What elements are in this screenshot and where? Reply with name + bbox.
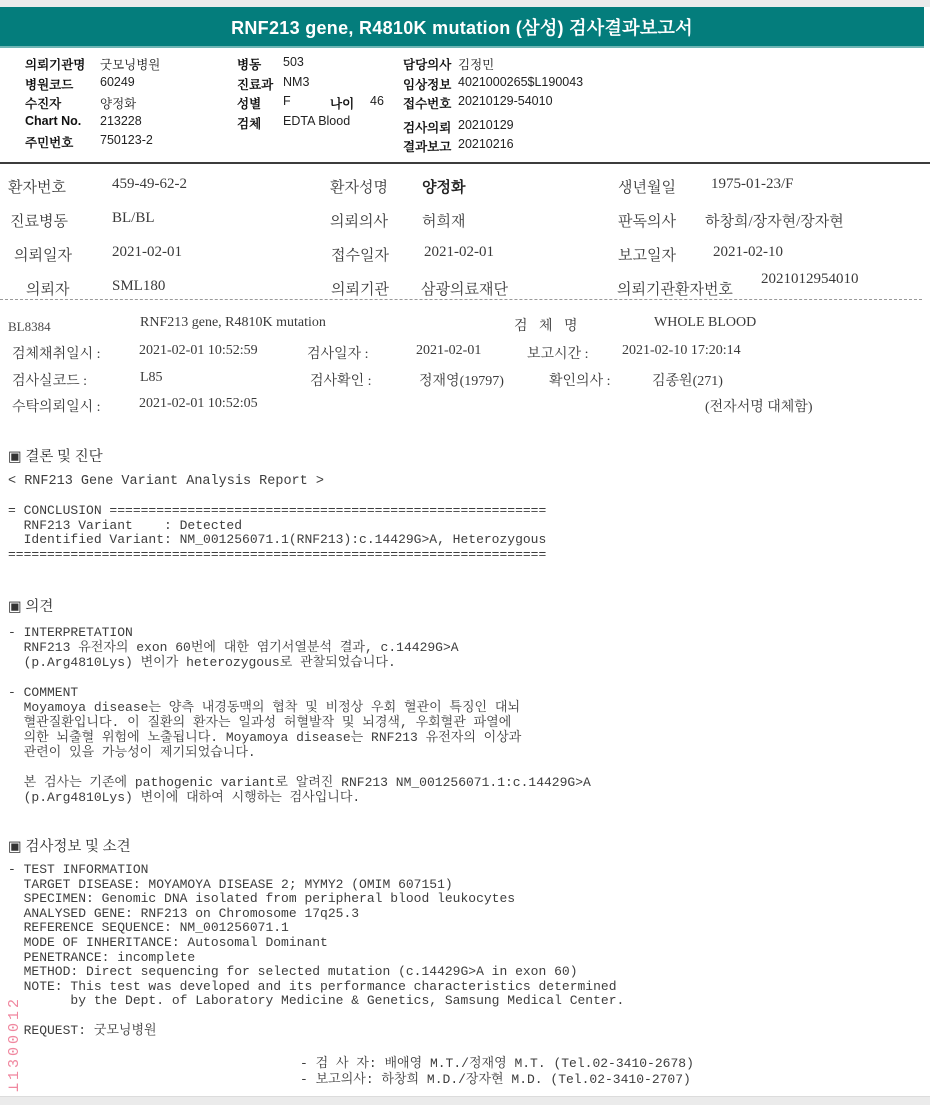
- report-date-value: 2021-02-10: [713, 244, 783, 261]
- result-report-date-label: 결과보고: [403, 137, 451, 155]
- analysis-report-title: < RNF213 Gene Variant Analysis Report >: [8, 474, 324, 489]
- receipt-date-label: 접수일자: [331, 244, 389, 265]
- footer-contacts: - 검 사 자: 배애영 M.T./정재영 M.T. (Tel.02-3410-…: [300, 1056, 694, 1087]
- doctor-in-charge-label: 담당의사: [403, 55, 451, 73]
- esign-note: (전자서명 대체함): [705, 396, 813, 416]
- hospital-code-label: 병원코드: [25, 75, 73, 93]
- request-org2-label: 의뢰기관: [331, 278, 389, 299]
- request-date-label: 의뢰일자: [14, 244, 72, 265]
- patient-name-value: 양정화: [422, 176, 465, 197]
- side-barcode-number: ⊥1300012: [4, 942, 20, 1092]
- requesting-doctor-value: 허희재: [422, 210, 465, 231]
- sex-label: 성별: [237, 94, 261, 112]
- specimen-type-value: WHOLE BLOOD: [654, 315, 756, 331]
- test-request-date-label: 검사의뢰: [403, 118, 451, 136]
- request-time-label: 수탁의뢰일시 :: [12, 396, 101, 416]
- care-ward-label: 진료병동: [10, 210, 68, 231]
- top-scan-strip: [0, 0, 930, 7]
- result-report-date-value: 20210216: [458, 137, 514, 151]
- org-patient-no-label: 의뢰기관환자번호: [617, 278, 733, 299]
- request-date-value: 2021-02-01: [112, 244, 182, 261]
- care-ward-value: BL/BL: [112, 210, 155, 227]
- collected-label: 검체채취일시 :: [12, 343, 101, 363]
- opinion-heading: ▣ 의견: [8, 595, 53, 616]
- requester-value: SML180: [112, 278, 165, 295]
- receipt-no-label: 접수번호: [403, 94, 451, 112]
- clinical-info-value: 4021000265$L190043: [458, 75, 583, 89]
- receipt-date-value: 2021-02-01: [424, 244, 494, 261]
- request-time-value: 2021-02-01 10:52:05: [139, 396, 258, 412]
- patient-info-section: 환자번호 459-49-62-2 환자성명 양정화 생년월일 1975-01-2…: [0, 170, 930, 302]
- chart-no-label: Chart No.: [25, 114, 81, 128]
- sample-code: BL8384: [8, 319, 51, 335]
- requesting-doctor-label: 의뢰의사: [330, 210, 388, 231]
- conclusion-block: = CONCLUSION ===========================…: [8, 504, 546, 562]
- clinical-info-label: 임상정보: [403, 75, 451, 93]
- bottom-scan-strip: [0, 1096, 930, 1105]
- test-name: RNF213 gene, R4810K mutation: [140, 315, 326, 331]
- lab-code-value: L85: [140, 370, 163, 386]
- birthdate-value: 1975-01-23/F: [711, 176, 794, 193]
- age-label: 나이: [330, 94, 354, 112]
- ward-value: 503: [283, 55, 304, 69]
- sex-value: F: [283, 94, 291, 108]
- request-org-value: 굿모닝병원: [100, 55, 160, 73]
- patient-no-label: 환자번호: [8, 176, 66, 197]
- requester-label: 의뢰자: [26, 278, 69, 299]
- test-info-heading: ▣ 검사정보 및 소견: [8, 835, 131, 856]
- request-org-label: 의뢰기관명: [25, 55, 85, 73]
- opinion-block: - INTERPRETATION RNF213 유전자의 exon 60번에 대…: [8, 625, 591, 805]
- request-org2-value: 삼광의료재단: [421, 278, 508, 299]
- sample-type-value: EDTA Blood: [283, 114, 350, 128]
- confirm-doctor-label: 확인의사 :: [549, 370, 611, 390]
- reading-doctor-label: 판독의사: [618, 210, 676, 231]
- report-date-label: 보고일자: [618, 244, 676, 265]
- report-title-bar: RNF213 gene, R4810K mutation (삼성) 검사결과보고…: [0, 7, 924, 48]
- verify-label: 검사확인 :: [310, 370, 372, 390]
- department-value: NM3: [283, 75, 309, 89]
- doctor-in-charge-value: 김정민: [458, 55, 494, 73]
- patient-name-label: 환자성명: [330, 176, 388, 197]
- resident-no-label: 주민번호: [25, 133, 73, 151]
- ward-label: 병동: [237, 55, 261, 73]
- reading-doctor-value: 하창희/장자현/장자현: [705, 210, 844, 231]
- hospital-code-value: 60249: [100, 75, 135, 89]
- specimen-section: BL8384 RNF213 gene, R4810K mutation 검 체 …: [0, 308, 930, 410]
- receipt-no-value: 20210129-54010: [458, 94, 553, 108]
- header-divider: [0, 162, 930, 164]
- verify-value: 정재영(19797): [419, 370, 504, 390]
- department-label: 진료과: [237, 75, 273, 93]
- conclusion-heading: ▣ 결론 및 진단: [8, 445, 103, 466]
- age-value: 46: [370, 94, 384, 108]
- test-date-value: 2021-02-01: [416, 343, 481, 359]
- confirm-doctor-value: 김종원(271): [652, 370, 723, 390]
- examinee-label: 수진자: [25, 94, 61, 112]
- sample-type-label: 검체: [237, 114, 261, 132]
- lab-code-label: 검사실코드 :: [12, 370, 87, 390]
- patient-no-value: 459-49-62-2: [112, 176, 187, 193]
- test-request-date-value: 20210129: [458, 118, 514, 132]
- test-date-label: 검사일자 :: [307, 343, 369, 363]
- chart-no-value: 213228: [100, 114, 142, 128]
- specimen-divider: [0, 299, 922, 300]
- collected-value: 2021-02-01 10:52:59: [139, 343, 258, 359]
- org-patient-no-value: 2021012954010: [761, 271, 861, 287]
- request-header: 의뢰기관명 굿모닝병원 병원코드 60249 수진자 양정화 Chart No.…: [0, 52, 930, 160]
- report-time-label: 보고시간 :: [527, 343, 589, 363]
- report-page: RNF213 gene, R4810K mutation (삼성) 검사결과보고…: [0, 0, 930, 1105]
- test-info-block: - TEST INFORMATION TARGET DISEASE: MOYAM…: [8, 863, 624, 1038]
- examinee-value: 양정화: [100, 94, 136, 112]
- report-time-value: 2021-02-10 17:20:14: [622, 343, 741, 359]
- resident-no-value: 750123-2: [100, 133, 153, 147]
- report-title: RNF213 gene, R4810K mutation (삼성) 검사결과보고…: [231, 14, 693, 40]
- specimen-name-label: 검 체 명: [514, 315, 582, 335]
- birthdate-label: 생년월일: [618, 176, 676, 197]
